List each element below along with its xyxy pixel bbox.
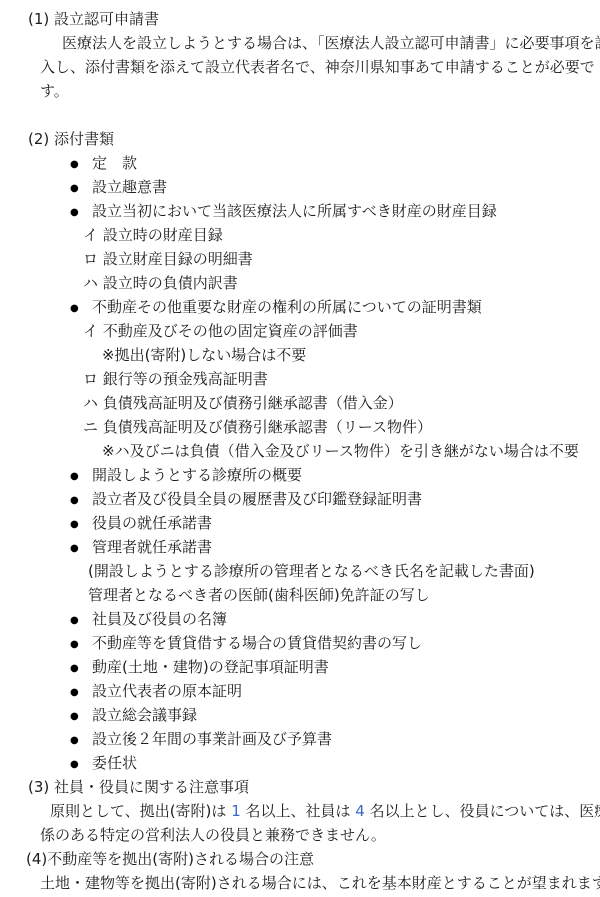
bullet-icon: ●	[70, 537, 92, 561]
section-4-heading: (4)不動産等を拠出(寄附)される場合の注意	[0, 847, 600, 871]
bullet-icon: ●	[70, 489, 92, 513]
bullet-item: ●開設しようとする診療所の概要	[0, 463, 600, 487]
highlighted-number: 1	[231, 802, 241, 820]
bullet-item: ●役員の就任承諾書	[0, 511, 600, 535]
bullet-item: ●設立後２年間の事業計画及び予算書	[0, 727, 600, 751]
bullet-icon: ●	[70, 201, 92, 225]
section-1-heading: (1) 設立認可申請書	[0, 7, 600, 31]
bullet-icon: ●	[70, 657, 92, 681]
note-line: ※ハ及びニは負債（借入金及びリース物件）を引き継がない場合は不要	[0, 439, 600, 463]
sub-item: ハ 負債残高証明及び債務引継承認書（借入金）	[0, 391, 600, 415]
bullet-icon: ●	[70, 753, 92, 777]
sub-item: ロ 銀行等の預金残高証明書	[0, 367, 600, 391]
document: (1) 設立認可申請書医療法人を設立しようとする場合は、「医療法人設立認可申請書…	[0, 0, 600, 897]
paragraph-line: 土地・建物等を拠出(寄附)される場合には、これを基本財産とすることが望まれます。	[0, 871, 600, 895]
bullet-item: ●不動産等を賃貸借する場合の賃貸借契約書の写し	[0, 631, 600, 655]
sub-item: イ 不動産及びその他の固定資産の評価書	[0, 319, 600, 343]
bullet-item: ●設立者及び役員全員の履歴書及び印鑑登録証明書	[0, 487, 600, 511]
bullet-item: ●定 款	[0, 151, 600, 175]
bullet-item: ●管理者就任承諾書	[0, 535, 600, 559]
sub-item: イ 設立時の財産目録	[0, 223, 600, 247]
bullet-item: ●社員及び役員の名簿	[0, 607, 600, 631]
bullet-icon: ●	[70, 177, 92, 201]
note-line: ※拠出(寄附)しない場合は不要	[0, 343, 600, 367]
paren-note-line: 管理者となるべき者の医師(歯科医師)免許証の写し	[0, 583, 600, 607]
section-3-heading: (3) 社員・役員に関する注意事項	[0, 775, 600, 799]
sub-item: ハ 設立時の負債内訳書	[0, 271, 600, 295]
bullet-item: ●設立趣意書	[0, 175, 600, 199]
section-2-heading: (2) 添付書類	[0, 127, 600, 151]
paragraph-line: 医療法人を設立しようとする場合は、「医療法人設立認可申請書」に必要事項を記	[0, 31, 600, 55]
paragraph-line: 原則として、拠出(寄附)は 1 名以上、社員は 4 名以上とし、役員については、…	[0, 799, 600, 823]
bullet-item: ●動産(土地・建物)の登記事項証明書	[0, 655, 600, 679]
bullet-item: ●設立総会議事録	[0, 703, 600, 727]
paragraph-line: す。	[0, 79, 600, 103]
paragraph-line: 入し、添付書類を添えて設立代表者名で、神奈川県知事あて申請することが必要で	[0, 55, 600, 79]
bullet-icon: ●	[70, 465, 92, 489]
sub-item: ニ 負債残高証明及び債務引継承認書（リース物件）	[0, 415, 600, 439]
bullet-icon: ●	[70, 609, 92, 633]
sub-item: ロ 設立財産目録の明細書	[0, 247, 600, 271]
paren-note-line: (開設しようとする診療所の管理者となるべき氏名を記載した書面)	[0, 559, 600, 583]
bullet-icon: ●	[70, 297, 92, 321]
bullet-icon: ●	[70, 153, 92, 177]
bullet-item: ●設立当初において当該医療法人に所属すべき財産の財産目録	[0, 199, 600, 223]
bullet-icon: ●	[70, 681, 92, 705]
bullet-icon: ●	[70, 705, 92, 729]
bullet-icon: ●	[70, 729, 92, 753]
bullet-icon: ●	[70, 633, 92, 657]
bullet-item: ●設立代表者の原本証明	[0, 679, 600, 703]
bullet-item: ●不動産その他重要な財産の権利の所属についての証明書類	[0, 295, 600, 319]
highlighted-number: 4	[355, 802, 365, 820]
bullet-icon: ●	[70, 513, 92, 537]
bullet-item: ●委任状	[0, 751, 600, 775]
paragraph-line: 係のある特定の営利法人の役員と兼務できません。	[0, 823, 600, 847]
